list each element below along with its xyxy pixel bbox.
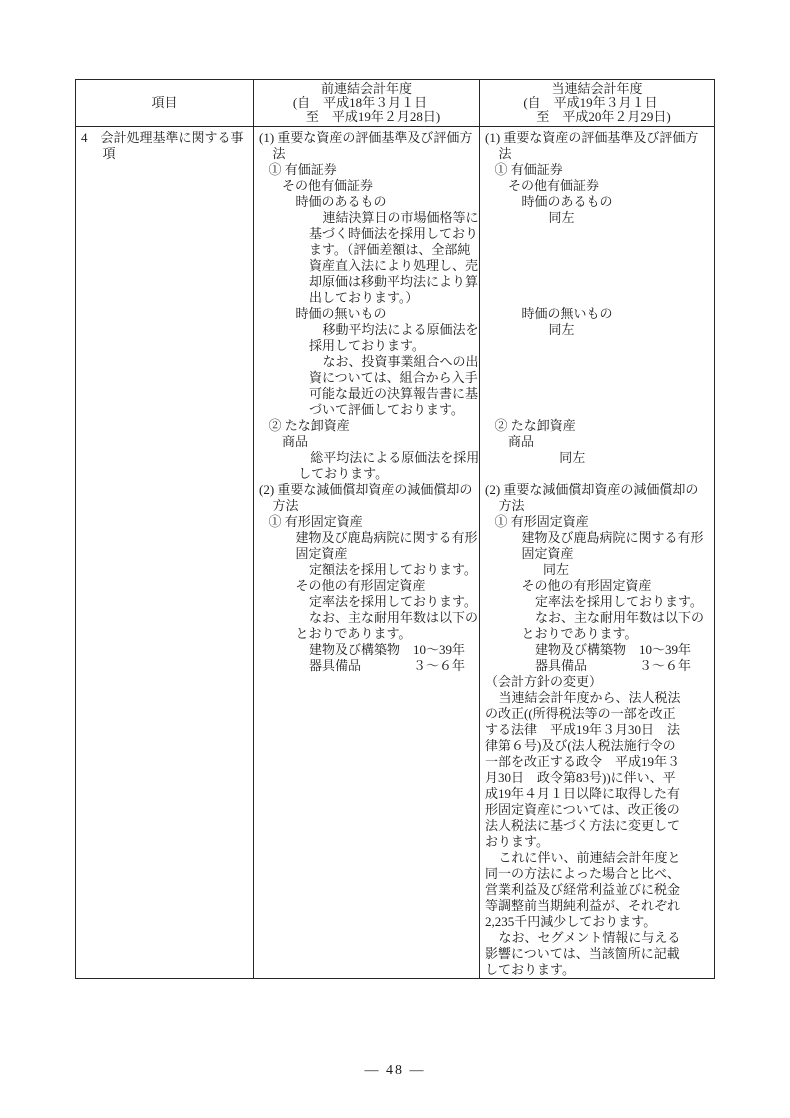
text-line [485, 258, 710, 274]
text-line: 基づく時価法を採用しており [259, 226, 475, 242]
text-line [485, 226, 710, 242]
current-period-title: 当連結会計年度 [482, 82, 712, 96]
text-line: する法律 平成19年３月30日 法 [485, 722, 710, 738]
cell-prev-period: (1) 重要な資産の評価基準及び評価方法① 有価証券その他有価証券時価のあるもの… [254, 127, 480, 979]
text-line: ① 有形固定資産 [485, 514, 710, 530]
text-line [485, 370, 710, 386]
text-line: 当連結会計年度から、法人税法 [485, 690, 710, 706]
text-line [485, 290, 710, 306]
col-header-prev-period: 前連結会計年度 (自 平成18年３月１日 至 平成19年２月28日) [254, 80, 480, 127]
text-line: 2,235千円減少しております。 [485, 914, 710, 930]
text-line: 月30日 政令第83号))に伴い、平 [485, 770, 710, 786]
text-line: 固定資産 [485, 546, 710, 562]
text-line: 法人税法に基づく方法に変更して [485, 818, 710, 834]
text-line [485, 242, 710, 258]
text-line: 時価の無いもの [485, 306, 710, 322]
text-line: 移動平均法による原価法を [259, 322, 475, 338]
text-line: 営業利益及び経常利益並びに税金 [485, 882, 710, 898]
text-line: 商品 [485, 434, 710, 450]
text-line: 器具備品 ３～６年 [259, 658, 475, 674]
text-line: ② たな卸資産 [259, 418, 475, 434]
text-line: 成19年４月１日以降に取得した有 [485, 786, 710, 802]
text-line: 影響については、当該箇所に記載 [485, 946, 710, 962]
current-period-dates: (自 平成19年３月１日 至 平成20年２月29日) [523, 96, 670, 124]
item-column-label: 項目 [78, 96, 251, 110]
prev-period-title: 前連結会計年度 [256, 82, 477, 96]
text-line: 却原価は移動平均法により算 [259, 274, 475, 290]
text-line: 建物及び鹿島病院に関する有形 [485, 530, 710, 546]
table-row: 4 会計処理基準に関する事項 (1) 重要な資産の評価基準及び評価方法① 有価証… [76, 127, 715, 979]
current-period-date-to: 至 平成20年２月29日) [523, 110, 670, 124]
text-line: ① 有形固定資産 [259, 514, 475, 530]
text-line: なお、主な耐用年数は以下の [485, 610, 710, 626]
text-line: 定率法を採用しております。 [259, 594, 475, 610]
text-line: の改正((所得税法等の一部を改正 [485, 706, 710, 722]
text-line: ② たな卸資産 [485, 418, 710, 434]
text-line: 可能な最近の決算報告書に基 [259, 386, 475, 402]
text-line: ① 有価証券 [485, 162, 710, 178]
text-line: 同左 [485, 562, 710, 578]
text-line: 建物及び構築物 10～39年 [259, 642, 475, 658]
text-line: おります。 [485, 834, 710, 850]
text-line: 出しております。） [259, 290, 475, 306]
text-line: 法 [485, 146, 710, 162]
text-line: (2) 重要な減価償却資産の減価償却の [259, 482, 475, 498]
text-line: (1) 重要な資産の評価基準及び評価方 [259, 130, 475, 146]
current-period-date-from: (自 平成19年３月１日 [523, 96, 670, 110]
text-line: とおりであります。 [485, 626, 710, 642]
text-line: 連結決算日の市場価格等に [259, 210, 475, 226]
text-line: 時価のあるもの [259, 194, 475, 210]
text-line: その他有価証券 [485, 178, 710, 194]
text-line: 同左 [485, 210, 710, 226]
text-line: 4 会計処理基準に関する事 [81, 130, 249, 146]
cell-current-period: (1) 重要な資産の評価基準及び評価方法① 有価証券その他有価証券時価のあるもの… [480, 127, 715, 979]
text-line: (2) 重要な減価償却資産の減価償却の [485, 482, 710, 498]
text-line: 資産直入法により処理し、売 [259, 258, 475, 274]
prev-period-date-to: 至 平成19年２月28日) [293, 110, 440, 124]
text-line: これに伴い、前連結会計年度と [485, 850, 710, 866]
text-line: 器具備品 ３～６年 [485, 658, 710, 674]
text-line: 時価のあるもの [485, 194, 710, 210]
text-line [485, 402, 710, 418]
text-line: (1) 重要な資産の評価基準及び評価方 [485, 130, 710, 146]
text-line: その他の有形固定資産 [485, 578, 710, 594]
text-line: 定率法を採用しております。 [485, 594, 710, 610]
text-line: 商品 [259, 434, 475, 450]
col-header-item: 項目 [76, 80, 254, 127]
document-page: 項目 前連結会計年度 (自 平成18年３月１日 至 平成19年２月28日) 当連… [0, 0, 790, 1118]
text-line: ます。（評価差額は、全部純 [259, 242, 475, 258]
text-line: 等調整前当期純利益が、それぞれ [485, 898, 710, 914]
text-line: 同左 [485, 322, 710, 338]
text-line: なお、セグメント情報に与える [485, 930, 710, 946]
text-line: しております。 [485, 962, 710, 978]
cell-item: 4 会計処理基準に関する事項 [76, 127, 254, 979]
text-line: その他有価証券 [259, 178, 475, 194]
text-line: 方法 [259, 498, 475, 514]
text-line [485, 354, 710, 370]
text-line [485, 466, 710, 482]
text-line: 定額法を採用しております。 [259, 562, 475, 578]
text-line: 同一の方法によった場合と比べ、 [485, 866, 710, 882]
col-header-current-period: 当連結会計年度 (自 平成19年３月１日 至 平成20年２月29日) [480, 80, 715, 127]
text-line: なお、投資事業組合への出 [259, 354, 475, 370]
prev-period-dates: (自 平成18年３月１日 至 平成19年２月28日) [293, 96, 440, 124]
text-line: しております。 [259, 466, 475, 482]
text-line: 採用しております。 [259, 338, 475, 354]
text-line: 項 [81, 146, 249, 162]
text-line: 律第６号)及び(法人税法施行令の [485, 738, 710, 754]
text-line: 固定資産 [259, 546, 475, 562]
prev-period-date-from: (自 平成18年３月１日 [293, 96, 440, 110]
text-line: なお、主な耐用年数は以下の [259, 610, 475, 626]
text-line: 同左 [485, 450, 710, 466]
text-line: その他の有形固定資産 [259, 578, 475, 594]
text-line: づいて評価しております。 [259, 402, 475, 418]
text-line: ① 有価証券 [259, 162, 475, 178]
text-line [485, 386, 710, 402]
text-line [485, 338, 710, 354]
text-line: 資については、組合から入手 [259, 370, 475, 386]
text-line: 一部を改正する政令 平成19年３ [485, 754, 710, 770]
text-line: 形固定資産については、改正後の [485, 802, 710, 818]
text-line: 建物及び構築物 10～39年 [485, 642, 710, 658]
text-line [485, 274, 710, 290]
text-line: 方法 [485, 498, 710, 514]
text-line: 時価の無いもの [259, 306, 475, 322]
page-number: ― 48 ― [0, 1063, 790, 1079]
text-line: 総平均法による原価法を採用 [259, 450, 475, 466]
table-header-row: 項目 前連結会計年度 (自 平成18年３月１日 至 平成19年２月28日) 当連… [76, 80, 715, 127]
accounting-policies-table: 項目 前連結会計年度 (自 平成18年３月１日 至 平成19年２月28日) 当連… [75, 79, 715, 979]
text-line: とおりであります。 [259, 626, 475, 642]
text-line: 建物及び鹿島病院に関する有形 [259, 530, 475, 546]
text-line: 法 [259, 146, 475, 162]
text-line: （会計方針の変更） [485, 674, 710, 690]
